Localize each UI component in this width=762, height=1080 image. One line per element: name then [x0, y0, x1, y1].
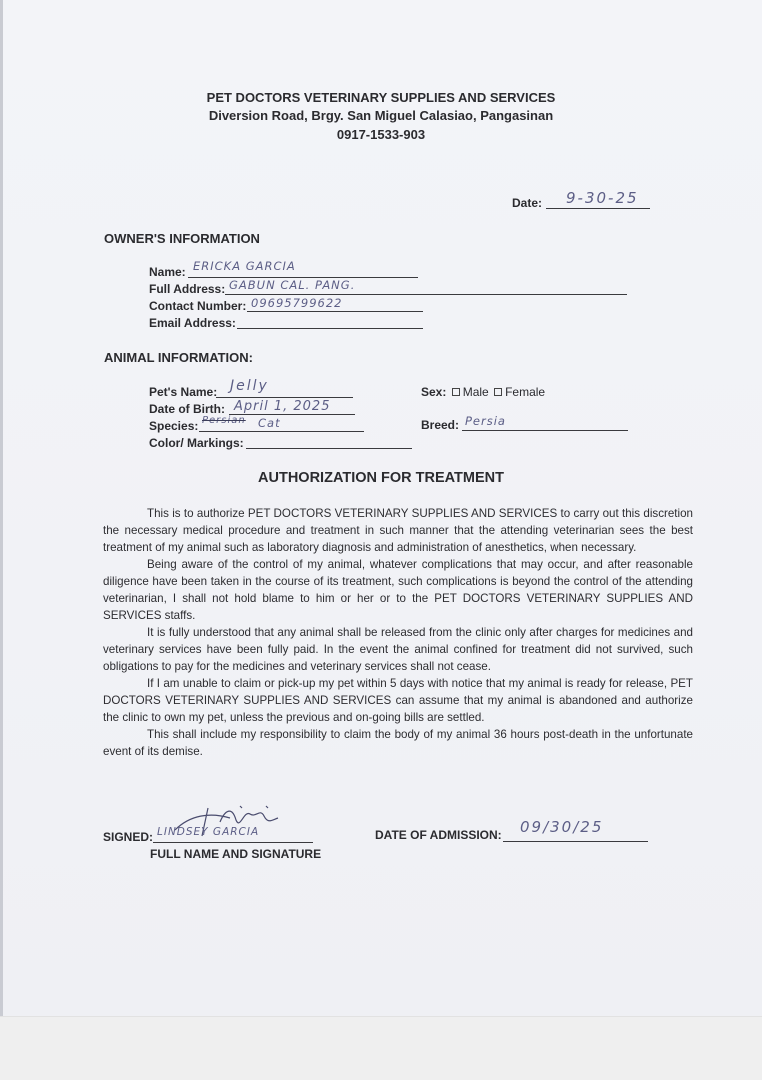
owner-section-title: OWNER'S INFORMATION: [104, 231, 260, 246]
dob-label: Date of Birth:: [149, 402, 225, 416]
dob-field[interactable]: [229, 414, 355, 415]
authorization-paragraph: This shall include my responsibility to …: [103, 726, 693, 760]
sex-option-male[interactable]: Male: [450, 385, 492, 399]
owner-address-value: GABUN CAL. PANG.: [229, 278, 355, 292]
owner-contact-value: 09695799622: [251, 296, 342, 310]
dob-value: April 1, 2025: [234, 399, 330, 414]
date-value: 9-30-25: [566, 189, 639, 207]
breed-label: Breed:: [421, 418, 459, 432]
sex-label: Sex:: [421, 385, 446, 399]
pet-name-field[interactable]: [216, 397, 353, 398]
owner-address-field[interactable]: [225, 294, 627, 295]
owner-contact-field[interactable]: [247, 311, 423, 312]
authorization-paragraph: It is fully understood that any animal s…: [103, 624, 693, 675]
owner-contact-label: Contact Number:: [149, 299, 246, 313]
species-label: Species:: [149, 419, 198, 433]
owner-email-label: Email Address:: [149, 316, 236, 330]
date-label: Date:: [512, 196, 542, 210]
pet-name-label: Pet's Name:: [149, 385, 217, 399]
signature-name-value: LINDSEY GARCIA: [157, 826, 259, 838]
owner-email-field[interactable]: [237, 328, 423, 329]
authorization-body: This is to authorize PET DOCTORS VETERIN…: [103, 505, 693, 760]
owner-name-label: Name:: [149, 265, 186, 279]
admission-date-field[interactable]: [503, 841, 648, 842]
pet-name-value: Jelly: [230, 378, 269, 394]
sex-field: Sex: Male Female: [421, 385, 545, 399]
color-field[interactable]: [246, 448, 412, 449]
species-value: Cat: [258, 416, 281, 430]
species-field[interactable]: [199, 431, 364, 432]
date-field-line[interactable]: [546, 208, 650, 209]
signature-field[interactable]: [153, 842, 313, 843]
animal-section-title: ANIMAL INFORMATION:: [104, 350, 253, 365]
admission-date-label: DATE OF ADMISSION:: [375, 828, 502, 842]
signed-label: SIGNED:: [103, 830, 153, 844]
owner-address-label: Full Address:: [149, 282, 225, 296]
species-struck-value: Persian: [202, 415, 246, 426]
color-label: Color/ Markings:: [149, 436, 244, 450]
signature-caption: FULL NAME AND SIGNATURE: [150, 847, 321, 861]
breed-value: Persia: [465, 414, 506, 428]
breed-field[interactable]: [462, 430, 628, 431]
authorization-paragraph: If I am unable to claim or pick-up my pe…: [103, 675, 693, 726]
authorization-paragraph: Being aware of the control of my animal,…: [103, 556, 693, 624]
admission-date-value: 09/30/25: [520, 818, 603, 836]
authorization-title: AUTHORIZATION FOR TREATMENT: [0, 470, 762, 486]
sex-option-female[interactable]: Female: [492, 385, 545, 399]
business-phone: 0917-1533-903: [0, 127, 762, 142]
business-name: PET DOCTORS VETERINARY SUPPLIES AND SERV…: [0, 90, 762, 105]
authorization-paragraph: This is to authorize PET DOCTORS VETERIN…: [103, 505, 693, 556]
business-address: Diversion Road, Brgy. San Miguel Calasia…: [0, 108, 762, 123]
scanner-bed-strip: [0, 1016, 762, 1080]
female-checkbox[interactable]: [494, 388, 502, 396]
male-checkbox[interactable]: [452, 388, 460, 396]
form-page: PET DOCTORS VETERINARY SUPPLIES AND SERV…: [0, 0, 762, 1016]
owner-name-value: ERICKA GARCIA: [193, 259, 296, 273]
